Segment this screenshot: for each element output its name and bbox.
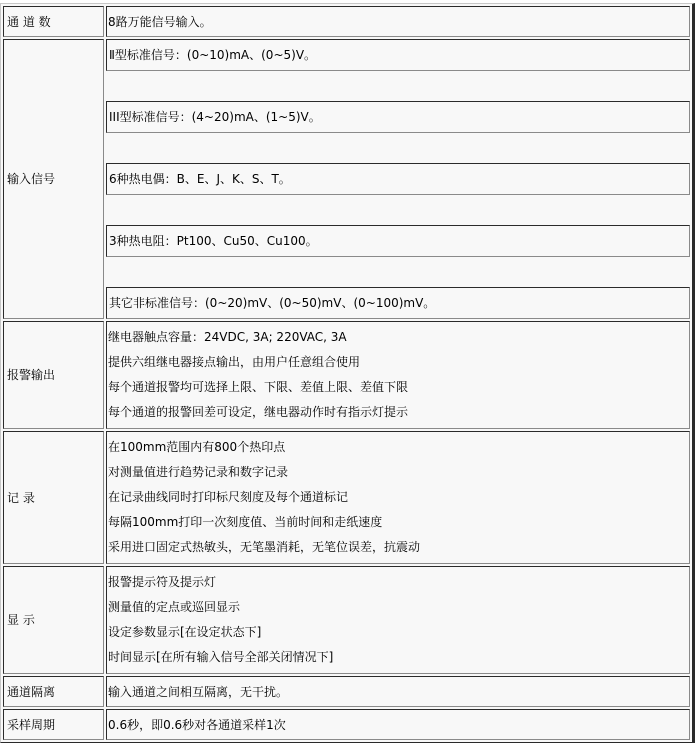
- value-line: 每个通道的报警回差可设定，继电器动作时有指示灯提示: [108, 400, 689, 425]
- sub-row-gap: [106, 257, 690, 287]
- spec-table: 通 道 数 8路万能信号输入。 输入信号 Ⅱ型标准信号：(0~10)mA、(0~…: [0, 3, 695, 641]
- value-line: 采用进口固定式热敏头，无笔墨消耗，无笔位误差，抗震动: [108, 535, 689, 560]
- value-line: 报警提示符及提示灯: [108, 570, 689, 595]
- value-line: 测量值的定点或巡回显示: [108, 595, 689, 620]
- input-signal-type-2: Ⅱ型标准信号：(0~10)mA、(0~5)V。: [106, 39, 690, 71]
- sub-row: 3种热电阻：Pt100、Cu50、Cu100。: [106, 225, 690, 257]
- table-row-recording: 记 录 在100mm范围内有800个热印点 对测量值进行趋势记录和数字记录 在记…: [3, 431, 690, 564]
- row-value-channel-count: 8路万能信号输入。: [106, 6, 690, 37]
- sub-row-gap: [106, 133, 690, 163]
- row-value-display: 报警提示符及提示灯 测量值的定点或巡回显示 设定参数显示[在设定状态下] 时间显…: [106, 566, 690, 641]
- sub-row-gap: [106, 195, 690, 225]
- input-signal-subtable: Ⅱ型标准信号：(0~10)mA、(0~5)V。 III型标准信号：(4~20)m…: [106, 39, 690, 319]
- table-row-alarm-output: 报警输出 继电器触点容量：24VDC, 3A; 220VAC, 3A 提供六组继…: [3, 321, 690, 429]
- value-line: 对测量值进行趋势记录和数字记录: [108, 460, 689, 485]
- input-signal-nonstandard: 其它非标准信号：(0~20)mV、(0~50)mV、(0~100)mV。: [106, 287, 690, 319]
- value-line: 8路万能信号输入。: [108, 15, 212, 29]
- row-label-recording: 记 录: [3, 431, 104, 564]
- row-value-alarm-output: 继电器触点容量：24VDC, 3A; 220VAC, 3A 提供六组继电器接点输…: [106, 321, 690, 429]
- input-signal-rtd: 3种热电阻：Pt100、Cu50、Cu100。: [106, 225, 690, 257]
- table-row-input-signal: 输入信号 Ⅱ型标准信号：(0~10)mA、(0~5)V。 III型标准信号：(4…: [3, 39, 690, 319]
- value-line: 继电器触点容量：24VDC, 3A; 220VAC, 3A: [108, 325, 689, 350]
- table-row-channel-count: 通 道 数 8路万能信号输入。: [3, 6, 690, 37]
- sub-row: 6种热电偶：B、E、J、K、S、T。: [106, 163, 690, 195]
- row-label-channel-count: 通 道 数: [3, 6, 104, 37]
- sub-row: Ⅱ型标准信号：(0~10)mA、(0~5)V。: [106, 39, 690, 71]
- sub-row: 其它非标准信号：(0~20)mV、(0~50)mV、(0~100)mV。: [106, 287, 690, 319]
- value-line: 提供六组继电器接点输出，由用户任意组合使用: [108, 350, 689, 375]
- value-line: 每隔100mm打印一次刻度值、当前时间和走纸速度: [108, 510, 689, 535]
- value-line: 设定参数显示[在设定状态下]: [108, 620, 689, 641]
- row-value-recording: 在100mm范围内有800个热印点 对测量值进行趋势记录和数字记录 在记录曲线同…: [106, 431, 690, 564]
- row-label-input-signal: 输入信号: [3, 39, 104, 319]
- sub-row-gap: [106, 71, 690, 101]
- row-label-alarm-output: 报警输出: [3, 321, 104, 429]
- sub-row: III型标准信号：(4~20)mA、(1~5)V。: [106, 101, 690, 133]
- value-line: 每个通道报警均可选择上限、下限、差值上限、差值下限: [108, 375, 689, 400]
- row-value-input-signal: Ⅱ型标准信号：(0~10)mA、(0~5)V。 III型标准信号：(4~20)m…: [106, 39, 690, 319]
- input-signal-thermocouple: 6种热电偶：B、E、J、K、S、T。: [106, 163, 690, 195]
- value-line: 在记录曲线同时打印标尺刻度及每个通道标记: [108, 485, 689, 510]
- value-line: 在100mm范围内有800个热印点: [108, 435, 689, 460]
- row-label-display: 显 示: [3, 566, 104, 641]
- table-row-display: 显 示 报警提示符及提示灯 测量值的定点或巡回显示 设定参数显示[在设定状态下]…: [3, 566, 690, 641]
- input-signal-type-3: III型标准信号：(4~20)mA、(1~5)V。: [106, 101, 690, 133]
